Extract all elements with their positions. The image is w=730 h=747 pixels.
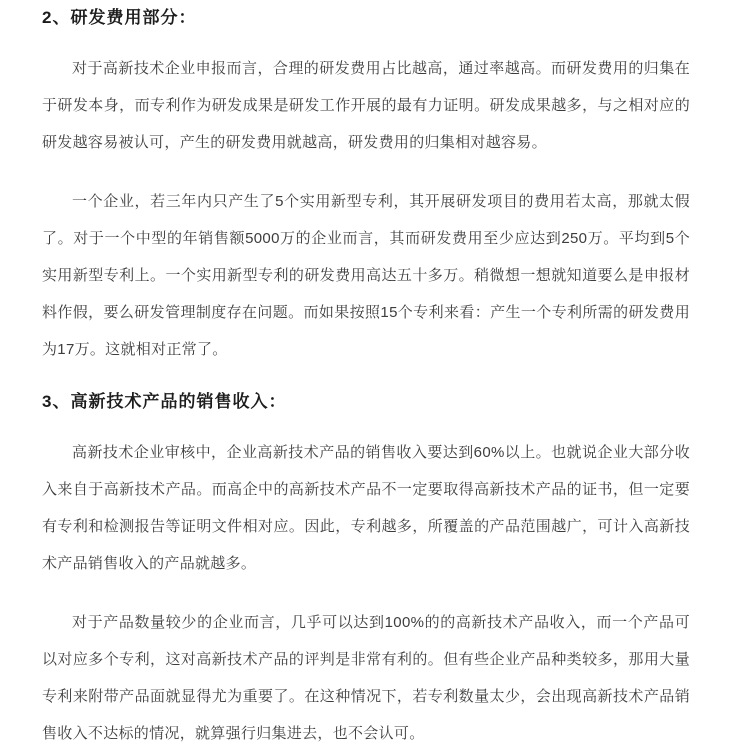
- paragraph-hightech-sales-2: 对于产品数量较少的企业而言，几乎可以达到100%的的高新技术产品收入，而一个产品…: [42, 604, 690, 747]
- paragraph-hightech-sales-1: 高新技术企业审核中，企业高新技术产品的销售收入要达到60%以上。也就说企业大部分…: [42, 434, 690, 582]
- document-content: 2、研发费用部分： 对于高新技术企业申报而言，合理的研发费用占比越高，通过率越高…: [0, 0, 730, 747]
- document-page: 2、研发费用部分： 对于高新技术企业申报而言，合理的研发费用占比越高，通过率越高…: [0, 0, 730, 747]
- paragraph-rd-expenses-1: 对于高新技术企业申报而言，合理的研发费用占比越高，通过率越高。而研发费用的归集在…: [42, 50, 690, 161]
- section-heading-rd-expenses: 2、研发费用部分：: [42, 6, 690, 30]
- paragraph-rd-expenses-2: 一个企业，若三年内只产生了5个实用新型专利，其开展研发项目的费用若太高，那就太假…: [42, 183, 690, 368]
- section-heading-hightech-sales-revenue: 3、高新技术产品的销售收入：: [42, 390, 690, 414]
- section-hightech-sales-revenue: 3、高新技术产品的销售收入： 高新技术企业审核中，企业高新技术产品的销售收入要达…: [42, 390, 690, 747]
- section-rd-expenses: 2、研发费用部分： 对于高新技术企业申报而言，合理的研发费用占比越高，通过率越高…: [42, 6, 690, 368]
